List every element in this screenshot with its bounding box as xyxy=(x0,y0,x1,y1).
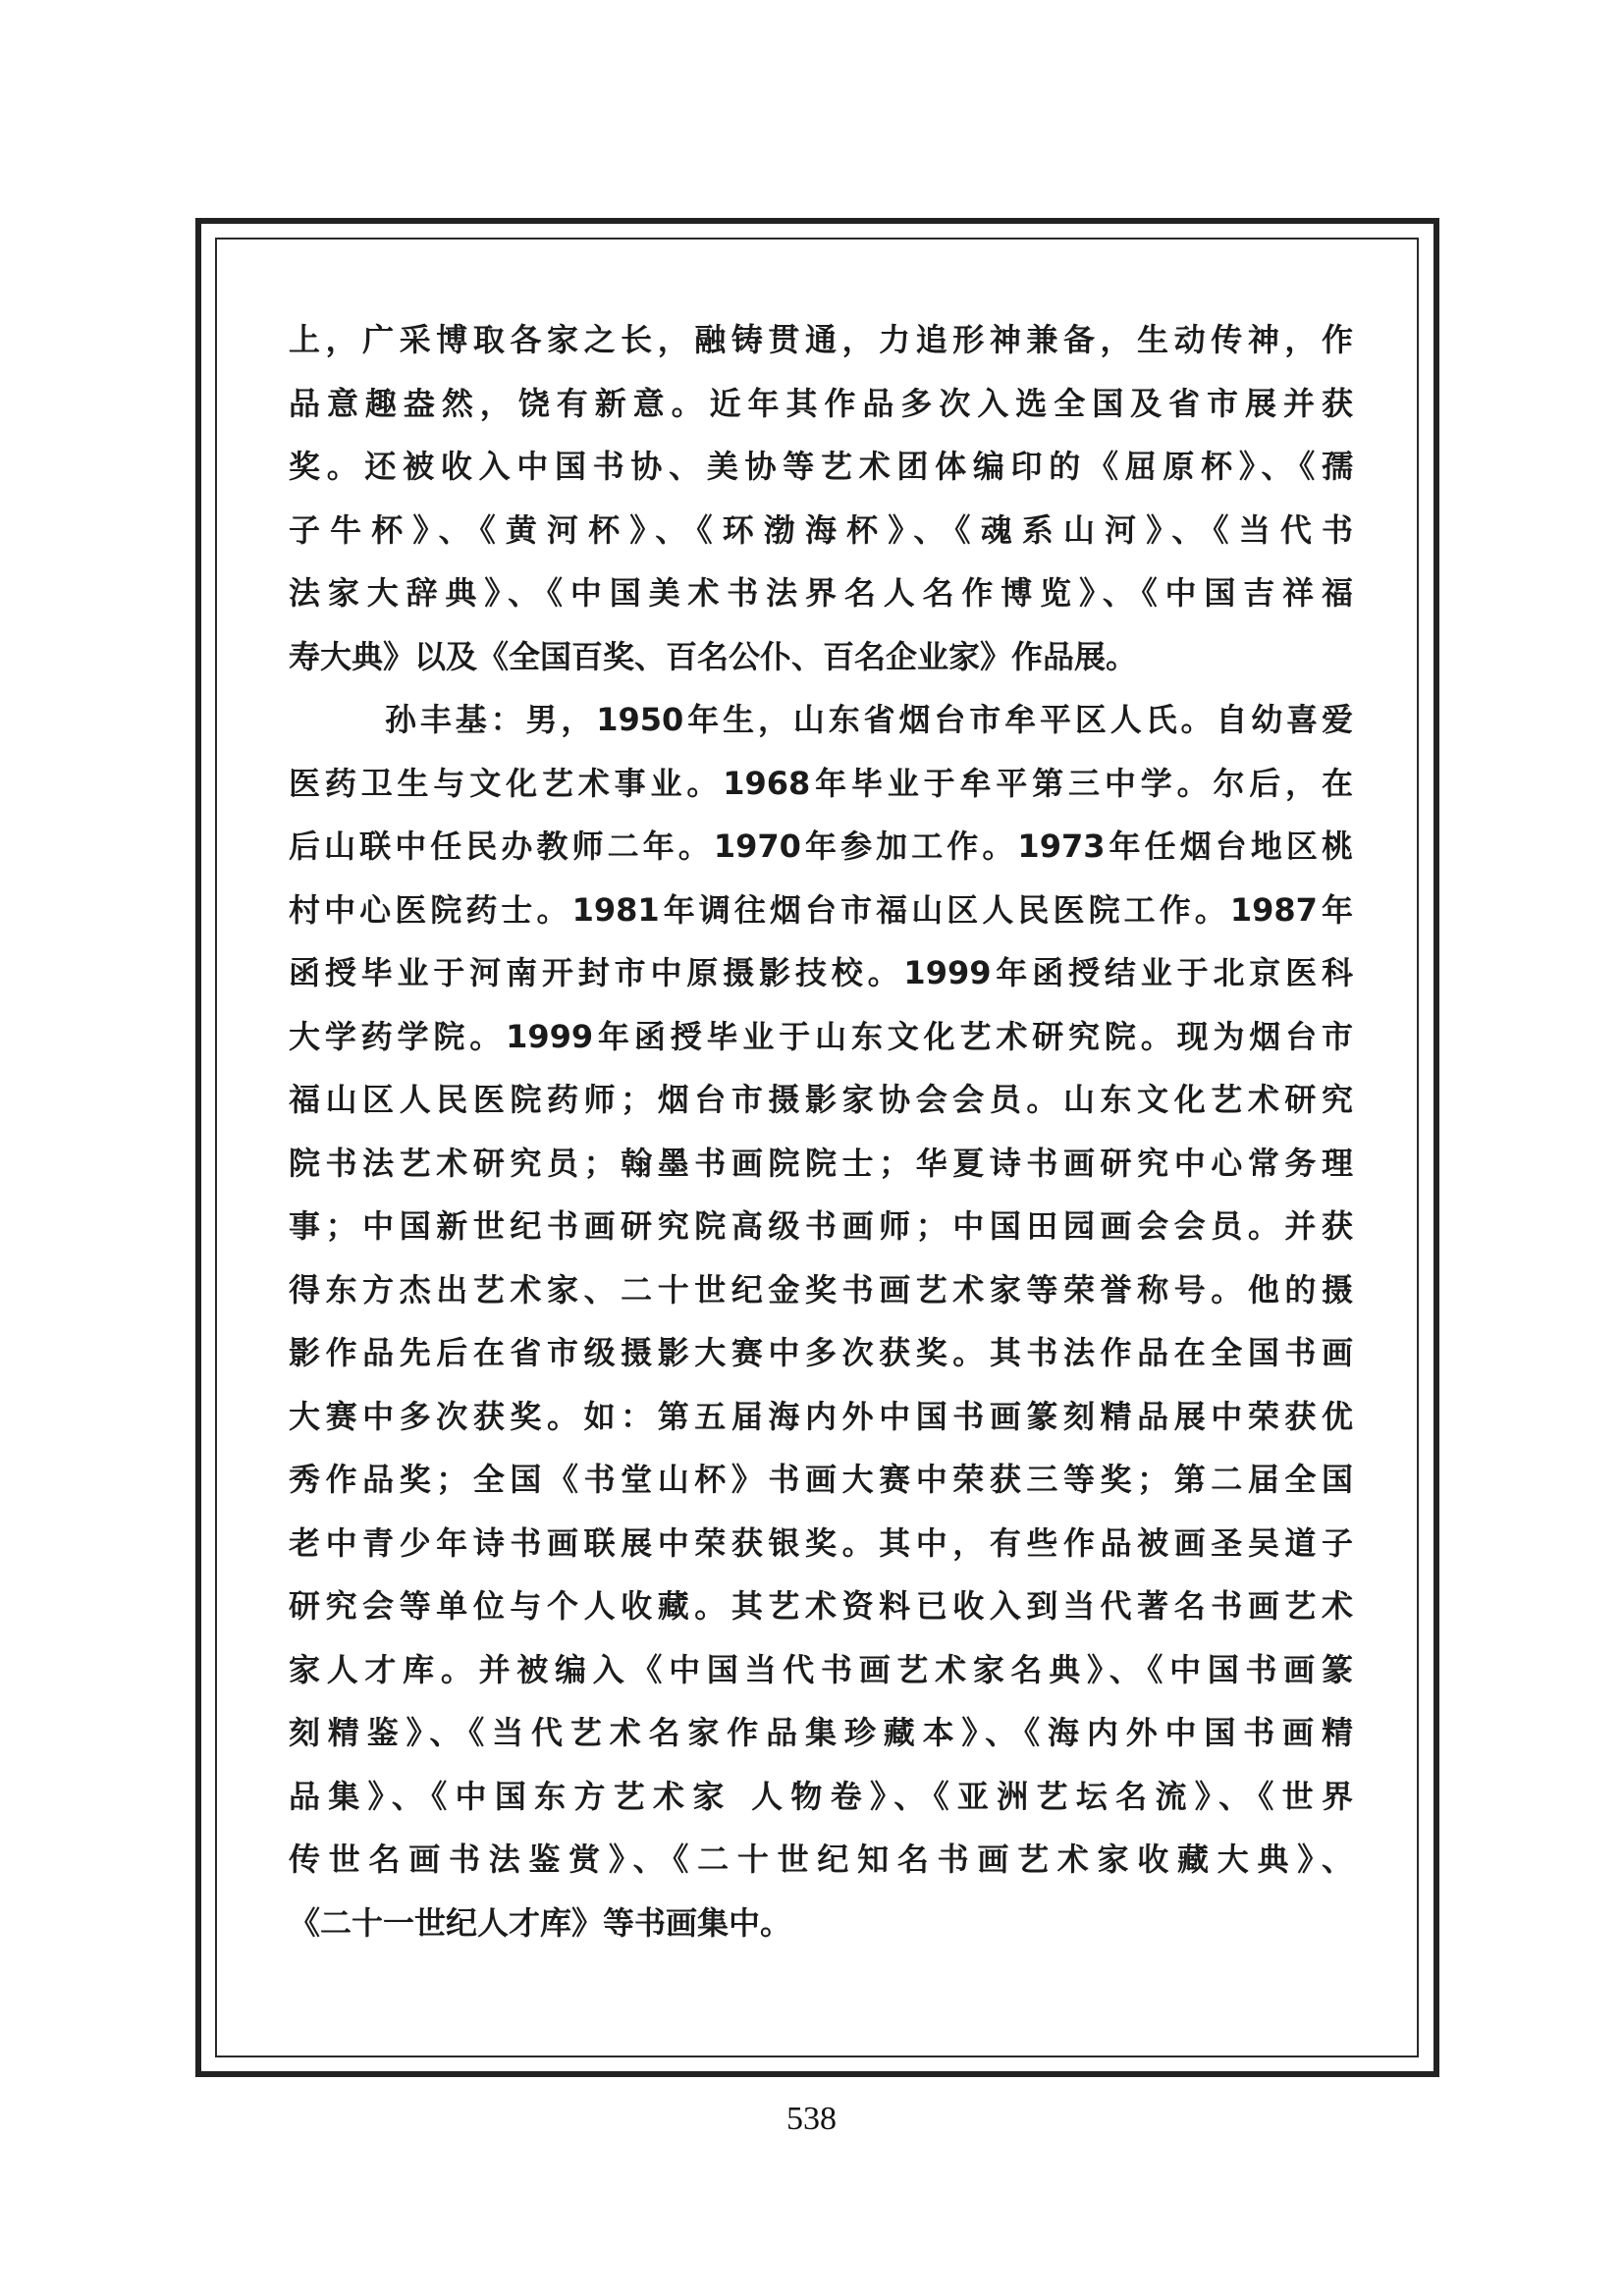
text-line: 大学药学院。1999年函授毕业于山东文化艺术研究院。现为烟台市 xyxy=(289,1005,1353,1069)
text-line: 大赛中多次获奖。如：第五届海内外中国书画篆刻精品展中荣获优 xyxy=(289,1385,1353,1449)
page-number: 538 xyxy=(0,2101,1623,2138)
text-line: 奖。还被收入中国书协、美协等艺术团体编印的《屈原杯》、《孺 xyxy=(289,435,1353,499)
text-line: 孙丰基：男，1950年生，山东省烟台市牟平区人氏。自幼喜爱 xyxy=(289,688,1353,752)
text-line: 《二十一世纪人才库》等书画集中。 xyxy=(289,1892,1353,1955)
text-line: 得东方杰出艺术家、二十世纪金奖书画艺术家等荣誉称号。他的摄 xyxy=(289,1258,1353,1322)
text-line: 影作品先后在省市级摄影大赛中多次获奖。其书法作品在全国书画 xyxy=(289,1321,1353,1385)
paragraph-1: 上，广采博取各家之长，融铸贯通，力追形神兼备，生动传神，作 品意趣盎然，饶有新意… xyxy=(289,308,1353,688)
text-line: 后山联中任民办教师二年。1970年参加工作。1973年任烟台地区桃 xyxy=(289,815,1353,879)
text-line: 传世名画书法鉴赏》、《二十世纪知名书画艺术家收藏大典》、 xyxy=(289,1828,1353,1892)
text-line: 院书法艺术研究员；翰墨书画院院士；华夏诗书画研究中心常务理 xyxy=(289,1132,1353,1196)
text-line: 子牛杯》、《黄河杯》、《环渤海杯》、《魂系山河》、《当代书 xyxy=(289,499,1353,562)
text-line: 医药卫生与文化艺术事业。1968年毕业于牟平第三中学。尔后，在 xyxy=(289,752,1353,816)
text-line: 村中心医院药士。1981年调往烟台市福山区人民医院工作。1987年 xyxy=(289,879,1353,942)
text-line: 秀作品奖；全国《书堂山杯》书画大赛中荣获三等奖；第二届全国 xyxy=(289,1448,1353,1512)
paragraph-2: 孙丰基：男，1950年生，山东省烟台市牟平区人氏。自幼喜爱 医药卫生与文化艺术事… xyxy=(289,688,1353,1954)
text-line: 老中青少年诗书画联展中荣获银奖。其中，有些作品被画圣吴道子 xyxy=(289,1512,1353,1575)
text-line: 品集》、《中国东方艺术家 人物卷》、《亚洲艺坛名流》、《世界 xyxy=(289,1765,1353,1829)
body-text: 上，广采博取各家之长，融铸贯通，力追形神兼备，生动传神，作 品意趣盎然，饶有新意… xyxy=(289,308,1353,1954)
text-line: 品意趣盎然，饶有新意。近年其作品多次入选全国及省市展并获 xyxy=(289,372,1353,436)
text-line: 福山区人民医院药师；烟台市摄影家协会会员。山东文化艺术研究 xyxy=(289,1068,1353,1132)
text-line: 上，广采博取各家之长，融铸贯通，力追形神兼备，生动传神，作 xyxy=(289,308,1353,372)
text-line: 寿大典》以及《全国百奖、百名公仆、百名企业家》作品展。 xyxy=(289,625,1353,689)
text-line: 研究会等单位与个人收藏。其艺术资料已收入到当代著名书画艺术 xyxy=(289,1575,1353,1638)
text-line: 家人才库。并被编入《中国当代书画艺术家名典》、《中国书画篆 xyxy=(289,1638,1353,1702)
text-line: 刻精鉴》、《当代艺术名家作品集珍藏本》、《海内外中国书画精 xyxy=(289,1701,1353,1765)
text-line: 事；中国新世纪书画研究院高级书画师；中国田园画会会员。并获 xyxy=(289,1195,1353,1258)
text-line: 函授毕业于河南开封市中原摄影技校。1999年函授结业于北京医科 xyxy=(289,941,1353,1005)
text-line: 法家大辞典》、《中国美术书法界名人名作博览》、《中国吉祥福 xyxy=(289,561,1353,625)
